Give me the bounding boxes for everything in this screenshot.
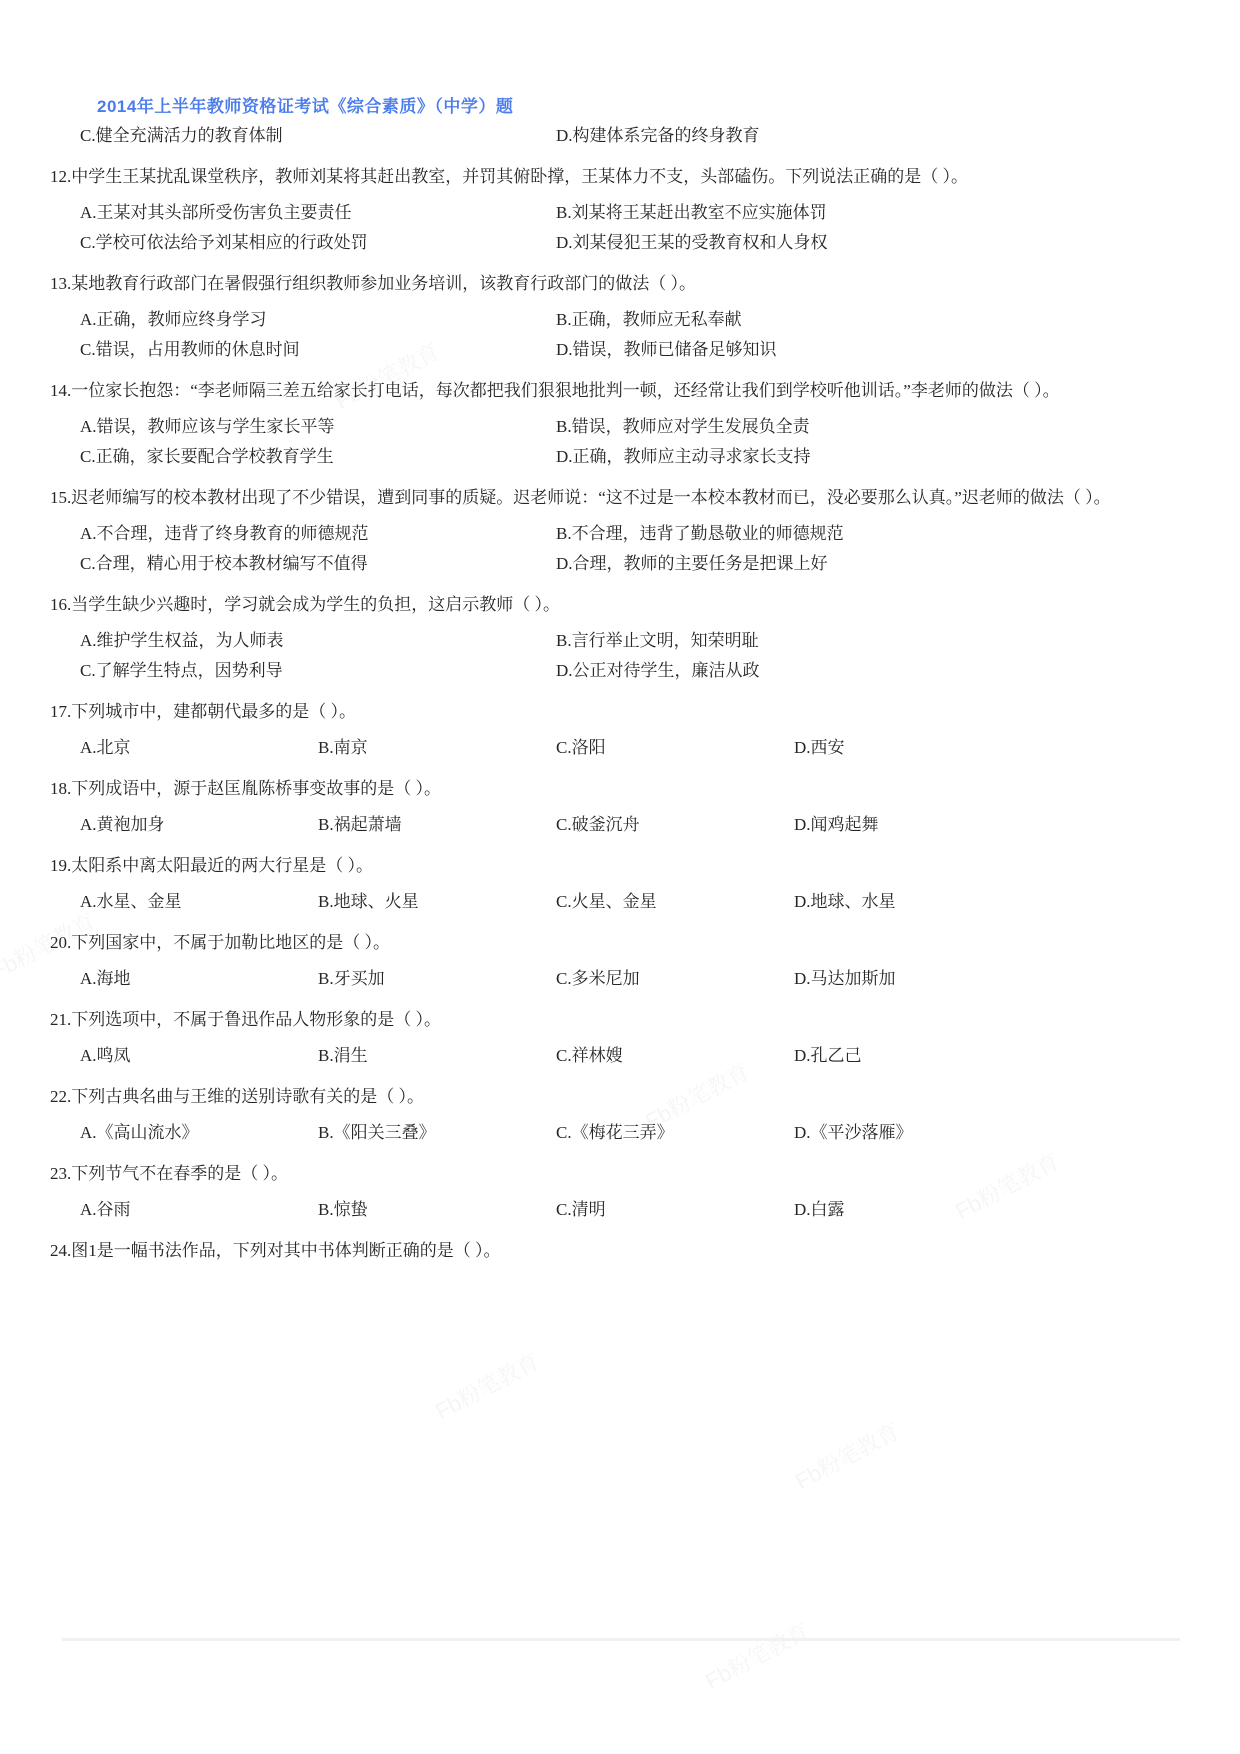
- options-group: A.维护学生权益，为人师表 B.言行举止文明，知荣明耻 C.了解学生特点，因势利…: [80, 626, 1185, 686]
- options-group: A.海地 B.牙买加 C.多米尼加 D.马达加斯加: [80, 964, 1185, 994]
- question-18: 18.下列成语中，源于赵匡胤陈桥事变故事的是（ ）。 A.黄袍加身 B.祸起萧墙…: [0, 773, 1240, 840]
- question-stem: 20.下列国家中，不属于加勒比地区的是（ ）。: [50, 927, 1185, 959]
- question-stem-text: 下列国家中，不属于加勒比地区的是（ ）。: [71, 933, 390, 952]
- options-group: A.正确，教师应终身学习 B.正确，教师应无私奉献 C.错误，占用教师的休息时间…: [80, 305, 1185, 365]
- question-21: 21.下列选项中，不属于鲁迅作品人物形象的是（ ）。 A.鸣凤 B.涓生 C.祥…: [0, 1004, 1240, 1071]
- question-15: 15.迟老师编写的校本教材出现了不少错误，遭到同事的质疑。迟老师说：“这不过是一…: [0, 482, 1240, 579]
- question-stem: 13.某地教育行政部门在暑假强行组织教师参加业务培训，该教育行政部门的做法（ ）…: [50, 268, 1185, 300]
- question-17: 17.下列城市中，建都朝代最多的是（ ）。 A.北京 B.南京 C.洛阳 D.西…: [0, 696, 1240, 763]
- option-c: C.清明: [556, 1195, 794, 1225]
- question-stem-text: 图1是一幅书法作品，下列对其中书体判断正确的是（ ）。: [71, 1241, 500, 1260]
- option-d: D.公正对待学生，廉洁从政: [556, 656, 1185, 686]
- question-number: 22.: [50, 1087, 71, 1106]
- option-c: C.健全充满活力的教育体制: [80, 121, 556, 151]
- question-19: 19.太阳系中离太阳最近的两大行星是（ ）。 A.水星、金星 B.地球、火星 C…: [0, 850, 1240, 917]
- option-b: B.错误，教师应对学生发展负全责: [556, 412, 1185, 442]
- question-number: 14.: [50, 381, 71, 400]
- question-stem-text: 某地教育行政部门在暑假强行组织教师参加业务培训，该教育行政部门的做法（ ）。: [71, 274, 696, 293]
- question-number: 15.: [50, 488, 71, 507]
- question-22: 22.下列古典名曲与王维的送别诗歌有关的是（ ）。 A.《高山流水》 B.《阳关…: [0, 1081, 1240, 1148]
- question-16: 16.当学生缺少兴趣时，学习就会成为学生的负担，这启示教师（ ）。 A.维护学生…: [0, 589, 1240, 686]
- option-d: D.白露: [794, 1195, 1185, 1225]
- question-24: 24.图1是一幅书法作品，下列对其中书体判断正确的是（ ）。: [0, 1235, 1240, 1267]
- option-b: B.祸起萧墙: [318, 810, 556, 840]
- page-bottom-divider: [62, 1638, 1180, 1641]
- option-b: B.牙买加: [318, 964, 556, 994]
- question-number: 23.: [50, 1164, 71, 1183]
- option-a: A.鸣凤: [80, 1041, 318, 1071]
- question-stem: 22.下列古典名曲与王维的送别诗歌有关的是（ ）。: [50, 1081, 1185, 1113]
- question-stem-text: 下列选项中，不属于鲁迅作品人物形象的是（ ）。: [71, 1010, 441, 1029]
- question-stem-text: 一位家长抱怨：“李老师隔三差五给家长打电话，每次都把我们狠狠地批判一顿，还经常让…: [71, 381, 1059, 400]
- question-stem: 19.太阳系中离太阳最近的两大行星是（ ）。: [50, 850, 1185, 882]
- question-stem-text: 当学生缺少兴趣时，学习就会成为学生的负担，这启示教师（ ）。: [71, 595, 560, 614]
- question-number: 17.: [50, 702, 71, 721]
- option-a: A.错误，教师应该与学生家长平等: [80, 412, 556, 442]
- option-c: C.正确，家长要配合学校教育学生: [80, 442, 556, 472]
- watermark: Fb粉笔教育: [429, 1345, 544, 1426]
- option-a: A.维护学生权益，为人师表: [80, 626, 556, 656]
- option-b: B.言行举止文明，知荣明耻: [556, 626, 1185, 656]
- option-c: C.祥林嫂: [556, 1041, 794, 1071]
- question-carryover-options: C.健全充满活力的教育体制 D.构建体系完备的终身教育: [80, 121, 1185, 151]
- option-a: A.王某对其头部所受伤害负主要责任: [80, 198, 556, 228]
- options-group: A.王某对其头部所受伤害负主要责任 B.刘某将王某赶出教室不应实施体罚 C.学校…: [80, 198, 1185, 258]
- option-c: C.多米尼加: [556, 964, 794, 994]
- options-group: A.不合理，违背了终身教育的师德规范 B.不合理，违背了勤恳敬业的师德规范 C.…: [80, 519, 1185, 579]
- options-group: A.鸣凤 B.涓生 C.祥林嫂 D.孔乙己: [80, 1041, 1185, 1071]
- option-b: B.《阳关三叠》: [318, 1118, 556, 1148]
- option-c: C.错误，占用教师的休息时间: [80, 335, 556, 365]
- option-c: C.了解学生特点，因势利导: [80, 656, 556, 686]
- watermark: Fb粉笔教育: [789, 1415, 904, 1496]
- option-c: C.《梅花三弄》: [556, 1118, 794, 1148]
- question-13: 13.某地教育行政部门在暑假强行组织教师参加业务培训，该教育行政部门的做法（ ）…: [0, 268, 1240, 365]
- question-stem: 17.下列城市中，建都朝代最多的是（ ）。: [50, 696, 1185, 728]
- question-stem-text: 下列城市中，建都朝代最多的是（ ）。: [71, 702, 356, 721]
- options-group: A.错误，教师应该与学生家长平等 B.错误，教师应对学生发展负全责 C.正确，家…: [80, 412, 1185, 472]
- question-20: 20.下列国家中，不属于加勒比地区的是（ ）。 A.海地 B.牙买加 C.多米尼…: [0, 927, 1240, 994]
- question-14: 14.一位家长抱怨：“李老师隔三差五给家长打电话，每次都把我们狠狠地批判一顿，还…: [0, 375, 1240, 472]
- question-stem-text: 下列古典名曲与王维的送别诗歌有关的是（ ）。: [71, 1087, 424, 1106]
- option-d: D.闻鸡起舞: [794, 810, 1185, 840]
- question-number: 21.: [50, 1010, 71, 1029]
- option-c: C.合理，精心用于校本教材编写不值得: [80, 549, 556, 579]
- option-d: D.刘某侵犯王某的受教育权和人身权: [556, 228, 1185, 258]
- question-stem: 21.下列选项中，不属于鲁迅作品人物形象的是（ ）。: [50, 1004, 1185, 1036]
- question-stem-text: 下列节气不在春季的是（ ）。: [71, 1164, 288, 1183]
- question-number: 13.: [50, 274, 71, 293]
- options-group: A.黄袍加身 B.祸起萧墙 C.破釜沉舟 D.闻鸡起舞: [80, 810, 1185, 840]
- question-stem: 18.下列成语中，源于赵匡胤陈桥事变故事的是（ ）。: [50, 773, 1185, 805]
- question-stem-text: 太阳系中离太阳最近的两大行星是（ ）。: [71, 856, 373, 875]
- option-a: A.《高山流水》: [80, 1118, 318, 1148]
- option-a: A.黄袍加身: [80, 810, 318, 840]
- option-c: C.学校可依法给予刘某相应的行政处罚: [80, 228, 556, 258]
- question-stem: 16.当学生缺少兴趣时，学习就会成为学生的负担，这启示教师（ ）。: [50, 589, 1185, 621]
- question-number: 12.: [50, 167, 71, 186]
- option-d: D.地球、水星: [794, 887, 1185, 917]
- question-stem: 24.图1是一幅书法作品，下列对其中书体判断正确的是（ ）。: [50, 1235, 1185, 1267]
- option-b: B.刘某将王某赶出教室不应实施体罚: [556, 198, 1185, 228]
- option-d: D.构建体系完备的终身教育: [556, 121, 1185, 151]
- option-a: A.正确，教师应终身学习: [80, 305, 556, 335]
- options-group: A.谷雨 B.惊蛰 C.清明 D.白露: [80, 1195, 1185, 1225]
- question-number: 16.: [50, 595, 71, 614]
- option-b: B.正确，教师应无私奉献: [556, 305, 1185, 335]
- options-group: A.北京 B.南京 C.洛阳 D.西安: [80, 733, 1185, 763]
- option-b: B.不合理，违背了勤恳敬业的师德规范: [556, 519, 1185, 549]
- option-a: A.谷雨: [80, 1195, 318, 1225]
- option-d: D.正确，教师应主动寻求家长支持: [556, 442, 1185, 472]
- option-b: B.涓生: [318, 1041, 556, 1071]
- question-stem-text: 迟老师编写的校本教材出现了不少错误，遭到同事的质疑。迟老师说：“这不过是一本校本…: [71, 488, 1110, 507]
- question-stem: 23.下列节气不在春季的是（ ）。: [50, 1158, 1185, 1190]
- option-b: B.惊蛰: [318, 1195, 556, 1225]
- question-stem-text: 下列成语中，源于赵匡胤陈桥事变故事的是（ ）。: [71, 779, 441, 798]
- option-c: C.洛阳: [556, 733, 794, 763]
- option-d: D.孔乙己: [794, 1041, 1185, 1071]
- option-d: D.合理，教师的主要任务是把课上好: [556, 549, 1185, 579]
- question-number: 24.: [50, 1241, 71, 1260]
- question-number: 18.: [50, 779, 71, 798]
- question-stem: 15.迟老师编写的校本教材出现了不少错误，遭到同事的质疑。迟老师说：“这不过是一…: [50, 482, 1185, 514]
- option-a: A.海地: [80, 964, 318, 994]
- question-number: 19.: [50, 856, 71, 875]
- option-d: D.错误，教师已储备足够知识: [556, 335, 1185, 365]
- option-b: B.地球、火星: [318, 887, 556, 917]
- question-23: 23.下列节气不在春季的是（ ）。 A.谷雨 B.惊蛰 C.清明 D.白露: [0, 1158, 1240, 1225]
- option-a: A.水星、金星: [80, 887, 318, 917]
- question-stem-text: 中学生王某扰乱课堂秩序，教师刘某将其赶出教室，并罚其俯卧撑，王某体力不支，头部磕…: [71, 167, 968, 186]
- question-12: 12.中学生王某扰乱课堂秩序，教师刘某将其赶出教室，并罚其俯卧撑，王某体力不支，…: [0, 161, 1240, 258]
- question-stem: 12.中学生王某扰乱课堂秩序，教师刘某将其赶出教室，并罚其俯卧撑，王某体力不支，…: [50, 161, 1185, 193]
- option-b: B.南京: [318, 733, 556, 763]
- question-stem: 14.一位家长抱怨：“李老师隔三差五给家长打电话，每次都把我们狠狠地批判一顿，还…: [50, 375, 1185, 407]
- option-a: A.北京: [80, 733, 318, 763]
- option-a: A.不合理，违背了终身教育的师德规范: [80, 519, 556, 549]
- option-d: D.马达加斯加: [794, 964, 1185, 994]
- exam-document-page: 2014年上半年教师资格证考试《综合素质》（中学）题 C.健全充满活力的教育体制…: [0, 0, 1240, 1754]
- options-group: A.《高山流水》 B.《阳关三叠》 C.《梅花三弄》 D.《平沙落雁》: [80, 1118, 1185, 1148]
- questions-list: C.健全充满活力的教育体制 D.构建体系完备的终身教育 12.中学生王某扰乱课堂…: [0, 121, 1240, 1267]
- option-c: C.火星、金星: [556, 887, 794, 917]
- watermark: Fb粉笔教育: [699, 1615, 814, 1696]
- question-number: 20.: [50, 933, 71, 952]
- option-d: D.《平沙落雁》: [794, 1118, 1185, 1148]
- page-title: 2014年上半年教师资格证考试《综合素质》（中学）题: [97, 0, 1240, 116]
- option-d: D.西安: [794, 733, 1185, 763]
- option-c: C.破釜沉舟: [556, 810, 794, 840]
- options-group: A.水星、金星 B.地球、火星 C.火星、金星 D.地球、水星: [80, 887, 1185, 917]
